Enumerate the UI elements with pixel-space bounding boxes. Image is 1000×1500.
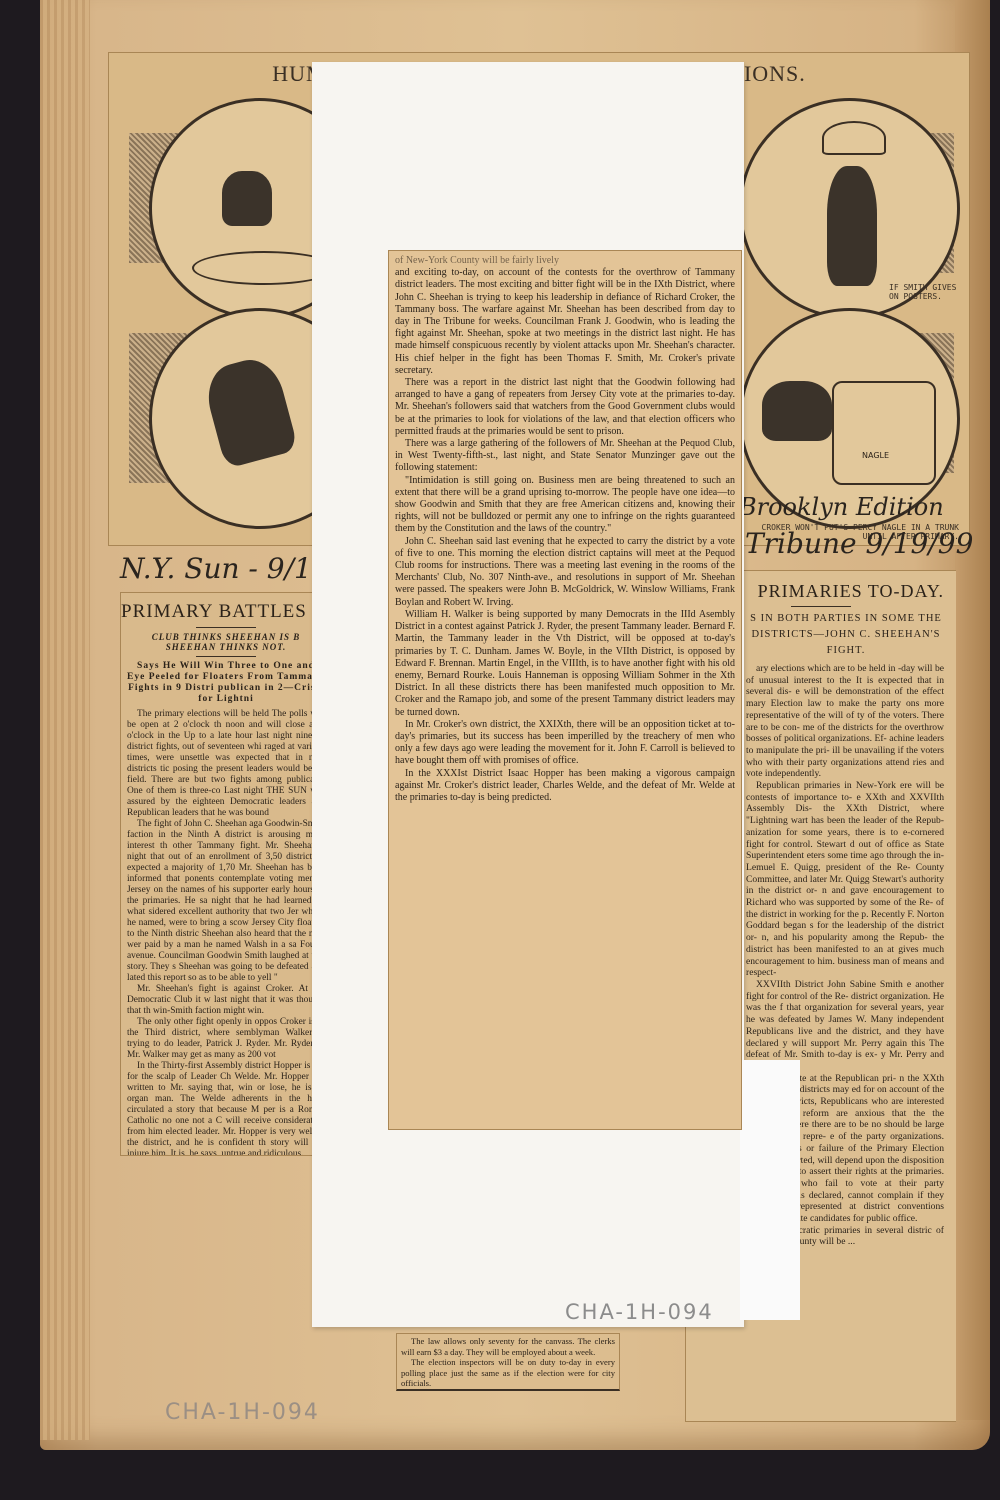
page-stack-edge	[40, 0, 90, 1440]
figure-seated	[222, 171, 272, 226]
divider	[791, 606, 851, 607]
paragraph: William H. Walker is being supported by …	[395, 609, 735, 719]
white-sheet-corner	[740, 1060, 800, 1320]
paragraph: ary elections which are to be held in -d…	[746, 663, 944, 780]
archive-id-label-sheet: CHA-1H-094	[565, 1300, 714, 1324]
paragraph: The only other fight openly in oppos Cro…	[127, 1017, 325, 1061]
paragraph: Mr. Sheehan's fight is against Croker. A…	[127, 984, 325, 1017]
tribune-column-body: of New-York County will be fairly lively…	[389, 251, 741, 804]
paragraph: There was a large gathering of the follo…	[395, 438, 735, 475]
paragraph: "Intimidation is still going on. Busines…	[395, 475, 735, 536]
paragraph: Republican primaries in New-York ere wil…	[746, 780, 944, 979]
figure-with-bag	[827, 166, 877, 286]
inspectors-clipping: The law allows only seventy for the canv…	[396, 1333, 620, 1391]
tribune-column-clipping: of New-York County will be fairly lively…	[388, 250, 742, 1130]
handwritten-brooklyn-edition: Brooklyn Edition	[739, 493, 944, 521]
figure-running	[200, 353, 298, 469]
caption-top-right: IF SMITH GIVES ON POSTERS.	[889, 283, 959, 301]
divider	[196, 656, 256, 657]
paragraph: XXVIIth District John Sabine Smith e ano…	[746, 979, 944, 1073]
sun-subhead: CLUB THINKS SHEEHAN IS B SHEEHAN THINKS …	[121, 632, 331, 652]
archive-id-label-page: CHA-1H-094	[165, 1400, 320, 1425]
sun-deck: Says He Will Win Three to One and Eye Pe…	[121, 661, 331, 705]
paragraph: The law allows only seventy for the canv…	[401, 1336, 615, 1357]
paragraph: The fight of John C. Sheehan aga Goodwin…	[127, 819, 325, 984]
paragraph: In the XXXIst District Isaac Hopper has …	[395, 768, 735, 805]
sun-clipping: PRIMARY BATTLES TO- CLUB THINKS SHEEHAN …	[120, 592, 332, 1156]
sun-headline: PRIMARY BATTLES TO-	[121, 601, 331, 623]
paragraph: The election inspectors will be on duty …	[401, 1357, 615, 1389]
trunk-drawing	[832, 381, 936, 485]
divider	[196, 627, 256, 628]
figure-bending	[762, 381, 832, 441]
sun-body: The primary elections will be held The p…	[121, 705, 331, 1156]
trunk-label: NAGLE	[862, 451, 889, 460]
hat-drawing	[822, 121, 886, 155]
handwritten-source-tribune: Tribune 9/19/99	[745, 527, 973, 560]
paragraph: There was a report in the district last …	[395, 377, 735, 438]
inspectors-body: The law allows only seventy for the canv…	[397, 1334, 619, 1391]
paragraph: In Mr. Croker's own district, the XXIXth…	[395, 719, 735, 768]
paragraph: In the Thirty-first Assembly district Ho…	[127, 1061, 325, 1156]
paragraph: and exciting to-day, on account of the c…	[395, 267, 735, 377]
paragraph: John C. Sheehan said last evening that h…	[395, 536, 735, 609]
paragraph: The primary elections will be held The p…	[127, 709, 325, 819]
cut-off-line: of New-York County will be fairly lively	[395, 255, 735, 267]
